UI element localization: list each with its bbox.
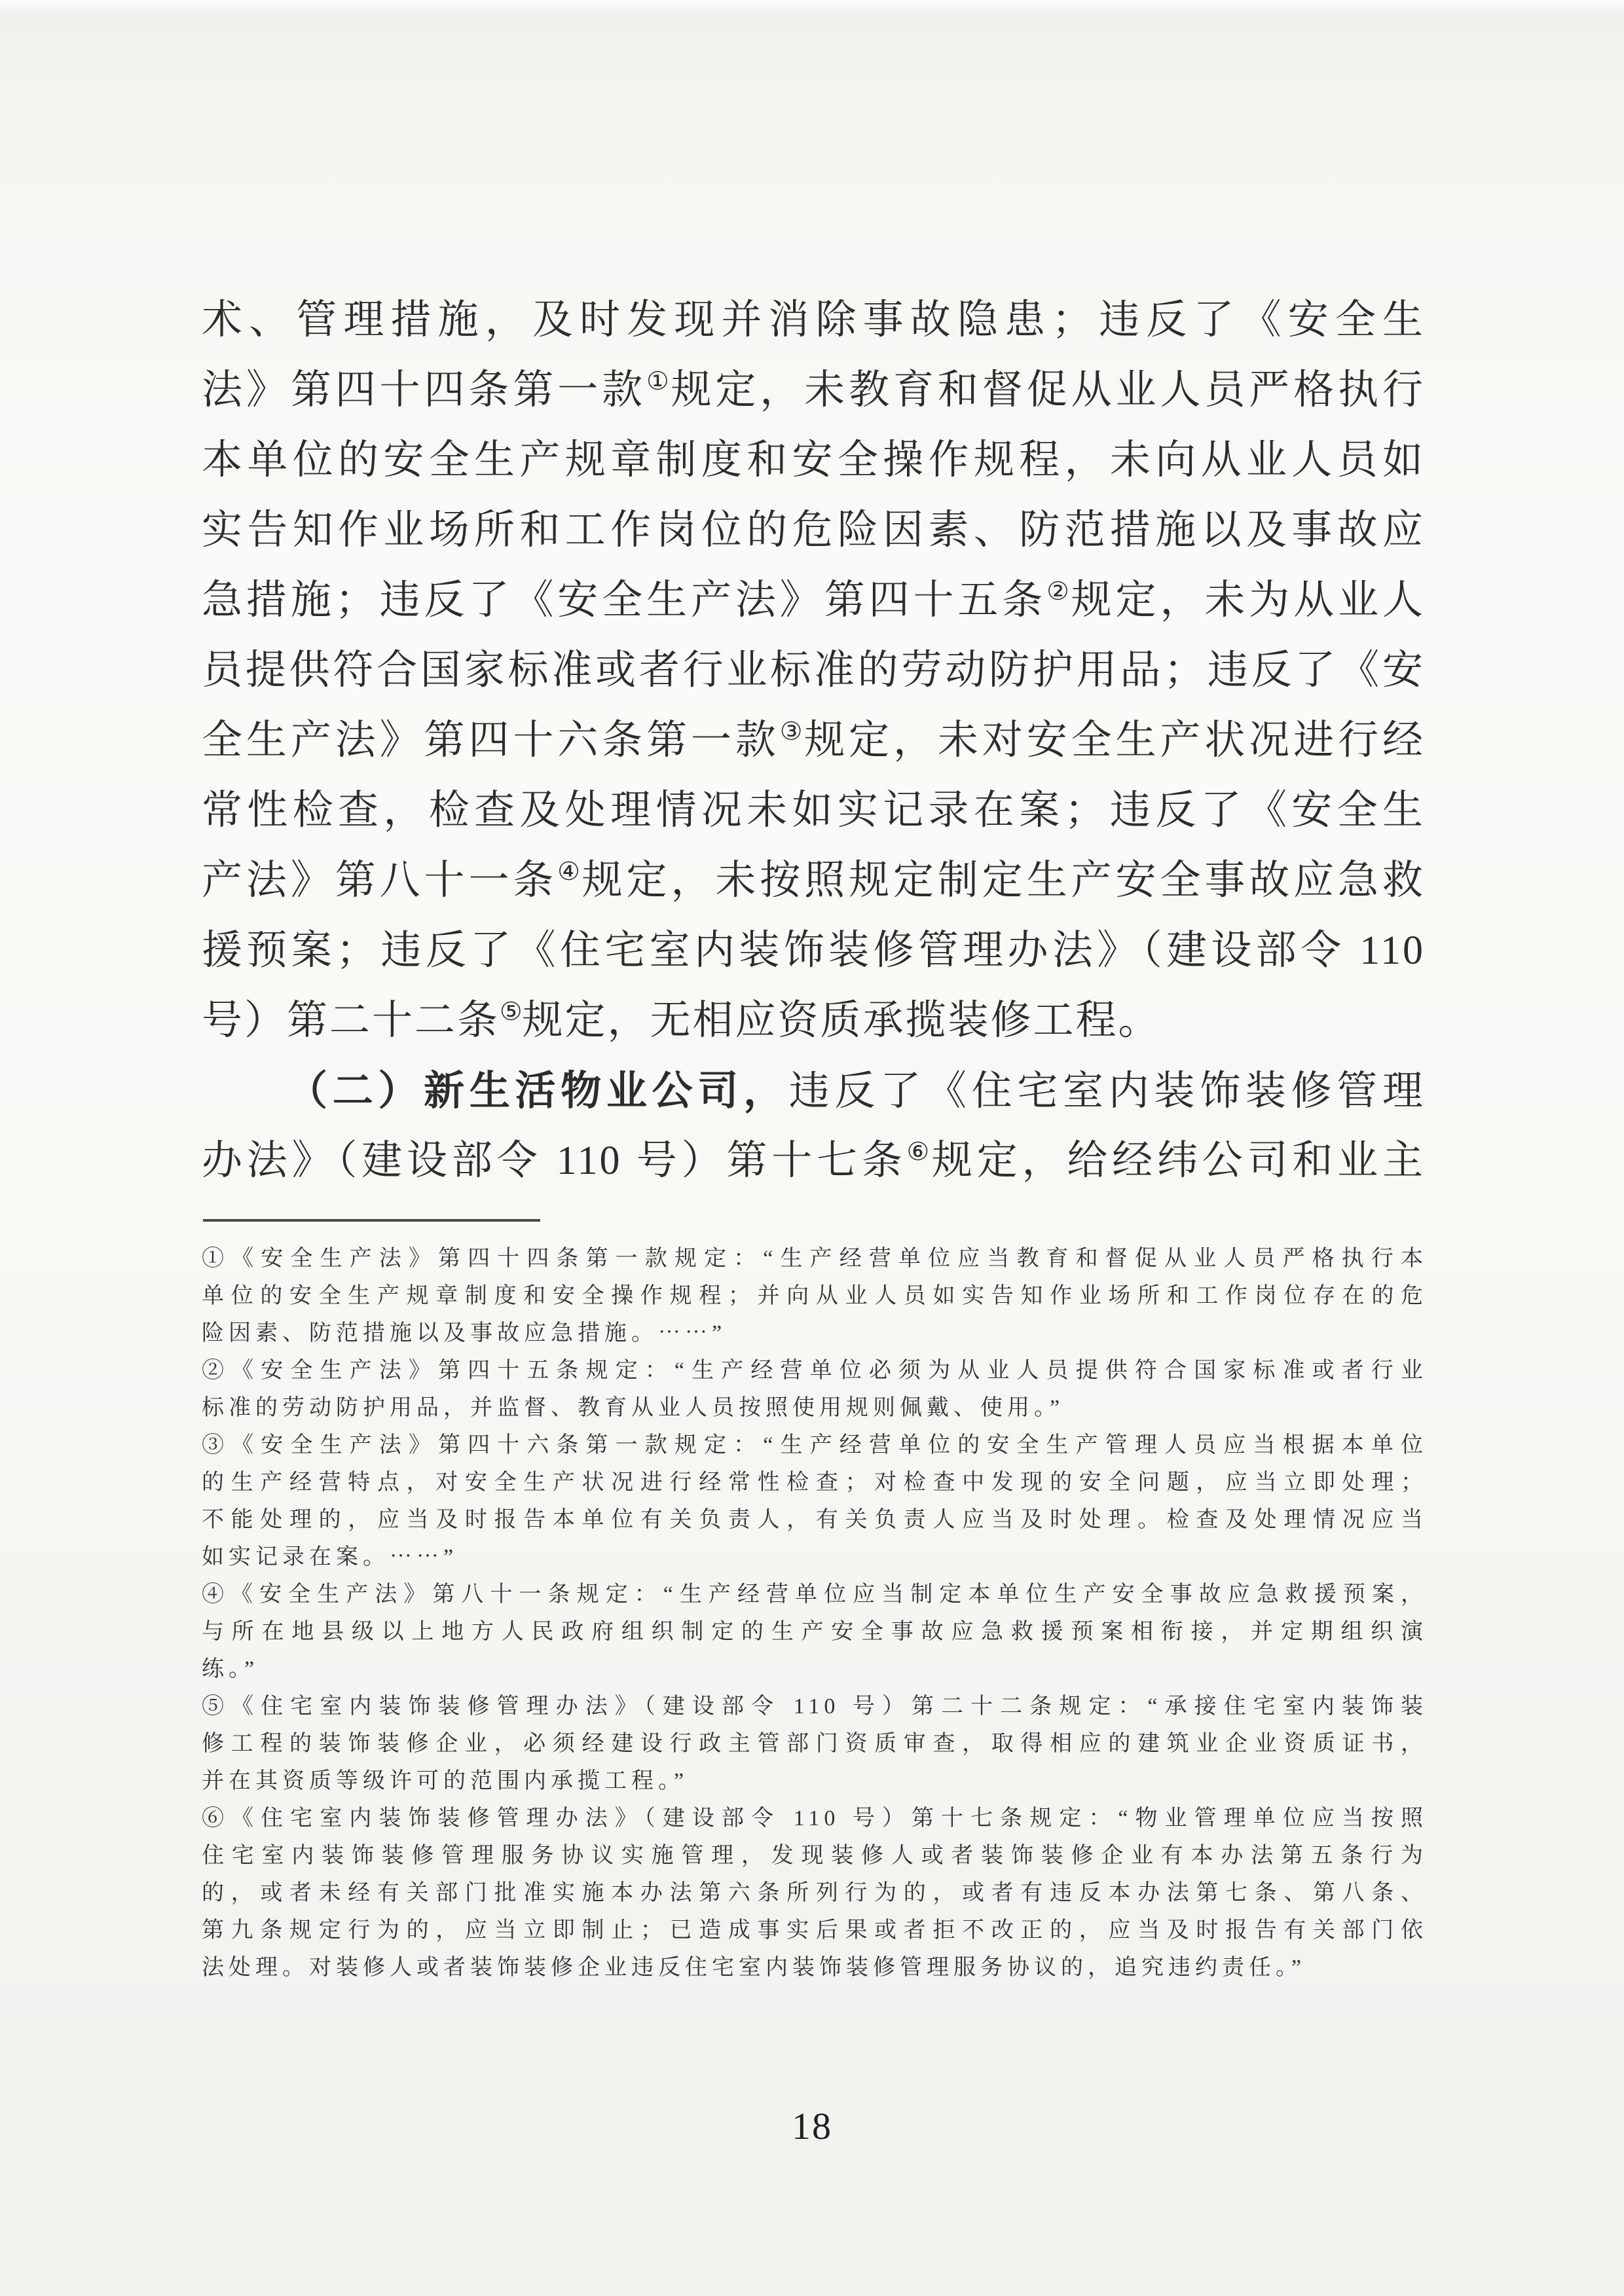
- footnote-separator: [203, 1219, 540, 1222]
- body-line: 办法》（建设部令 110 号）第十七条⑥规定，给经纬公司和业主: [202, 1126, 1425, 1196]
- footnote-line: 与所在地县级以上地方人民政府组织制定的生产安全事故应急救援预案相衔接，并定期组织…: [202, 1613, 1428, 1650]
- footnote-reference-mark: ②: [1046, 578, 1071, 606]
- footnote-line: ⑤《住宅室内装饰装修管理办法》（建设部令 110 号）第二十二条规定：“承接住宅…: [202, 1688, 1428, 1725]
- footnote-line: ③《安全生产法》第四十六条第一款规定：“生产经营单位的安全生产管理人员应当根据本…: [202, 1427, 1428, 1464]
- body-line: 常性检查，检查及处理情况未如实记录在案；违反了《安全生: [202, 776, 1425, 846]
- footnote-line: 如实记录在案。⋯⋯”: [202, 1539, 1428, 1576]
- body-text: 术、管理措施，及时发现并消除事故隐患；违反了《安全生法》第四十四条第一款①规定，…: [202, 285, 1425, 1196]
- footnote-line: 修工程的装饰装修企业，必须经建设行政主管部门资质审查，取得相应的建筑业企业资质证…: [202, 1725, 1428, 1762]
- footnote-line: 标准的劳动防护用品，并监督、教育从业人员按照使用规则佩戴、使用。”: [202, 1389, 1428, 1427]
- body-line: （二）新生活物业公司，违反了《住宅室内装饰装修管理: [202, 1056, 1425, 1126]
- body-line: 术、管理措施，及时发现并消除事故隐患；违反了《安全生: [202, 285, 1425, 355]
- footnote-line: 练。”: [202, 1650, 1428, 1688]
- body-line: 援预案；违反了《住宅室内装饰装修管理办法》（建设部令 110: [202, 916, 1425, 986]
- footnote-line: ②《安全生产法》第四十五条规定：“生产经营单位必须为从业人员提供符合国家标准或者…: [202, 1352, 1428, 1389]
- body-line: 法》第四十四条第一款①规定，未教育和督促从业人员严格执行: [202, 355, 1425, 426]
- footnote-reference-mark: ④: [557, 858, 581, 886]
- body-line: 本单位的安全生产规章制度和安全操作规程，未向从业人员如: [202, 426, 1425, 496]
- body-line: 急措施；违反了《安全生产法》第四十五条②规定，未为从业人: [202, 566, 1425, 636]
- body-line: 号）第二十二条⑤规定，无相应资质承揽装修工程。: [202, 986, 1425, 1056]
- footnote-line: ⑥《住宅室内装饰装修管理办法》（建设部令 110 号）第十七条规定：“物业管理单…: [202, 1800, 1428, 1837]
- footnote-line: ①《安全生产法》第四十四条第一款规定：“生产经营单位应当教育和督促从业人员严格执…: [202, 1240, 1428, 1277]
- footnote-line: 的，或者未经有关部门批准实施本办法第六条所列行为的，或者有违反本办法第七条、第八…: [202, 1874, 1428, 1912]
- body-line: 实告知作业场所和工作岗位的危险因素、防范措施以及事故应: [202, 496, 1425, 566]
- body-line: 全生产法》第四十六条第一款③规定，未对安全生产状况进行经: [202, 706, 1425, 776]
- body-line: 产法》第八十一条④规定，未按照规定制定生产安全事故应急救: [202, 846, 1425, 916]
- body-line: 员提供符合国家标准或者行业标准的劳动防护用品；违反了《安: [202, 636, 1425, 706]
- footnote-line: 的生产经营特点，对安全生产状况进行经常性检查；对检查中发现的安全问题，应当立即处…: [202, 1464, 1428, 1501]
- footnote-line: 险因素、防范措施以及事故应急措施。⋯⋯”: [202, 1315, 1428, 1352]
- footnote-line: 法处理。对装修人或者装饰装修企业违反住宅室内装饰装修管理服务协议的，追究违约责任…: [202, 1949, 1428, 1986]
- bold-run: （二）新生活物业公司，: [287, 1068, 789, 1114]
- footnote-reference-mark: ③: [780, 718, 804, 746]
- footnote-reference-mark: ⑥: [907, 1139, 932, 1166]
- document-page: 术、管理措施，及时发现并消除事故隐患；违反了《安全生法》第四十四条第一款①规定，…: [0, 0, 1624, 2296]
- footnote-reference-mark: ①: [646, 368, 671, 395]
- footnote-line: 单位的安全生产规章制度和安全操作规程；并向从业人员如实告知作业场所和工作岗位存在…: [202, 1277, 1428, 1315]
- page-number: 18: [0, 2104, 1624, 2148]
- footnote-line: 并在其资质等级许可的范围内承揽工程。”: [202, 1762, 1428, 1800]
- footnote-line: 第九条规定行为的，应当立即制止；已造成事实后果或者拒不改正的，应当及时报告有关部…: [202, 1912, 1428, 1949]
- footnote-reference-mark: ⑤: [500, 998, 522, 1026]
- footnotes: ①《安全生产法》第四十四条第一款规定：“生产经营单位应当教育和督促从业人员严格执…: [202, 1240, 1428, 1986]
- footnote-line: ④《安全生产法》第八十一条规定：“生产经营单位应当制定本单位生产安全事故应急救援…: [202, 1576, 1428, 1613]
- footnote-line: 不能处理的，应当及时报告本单位有关负责人，有关负责人应当及时处理。检查及处理情况…: [202, 1501, 1428, 1539]
- footnote-line: 住宅室内装饰装修管理服务协议实施管理，发现装修人或者装饰装修企业有本办法第五条行…: [202, 1837, 1428, 1874]
